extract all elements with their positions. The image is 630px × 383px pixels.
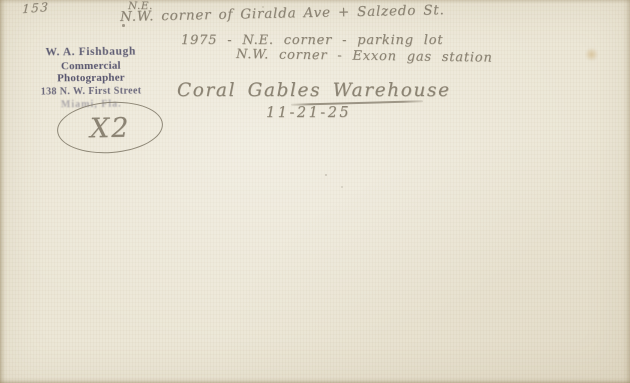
handwritten-note-gas-station: N.W. corner - Exxon gas station xyxy=(236,47,493,66)
handwritten-title: Coral Gables Warehouse xyxy=(177,80,451,101)
paper-stain xyxy=(585,47,598,62)
paper-speck xyxy=(325,174,327,176)
photographer-stamp: W. A. Fishbaugh Commercial Photographer … xyxy=(28,45,155,110)
stamp-street-address: 138 N. W. First Street xyxy=(28,85,154,97)
handwritten-date: 11-21-25 xyxy=(266,105,351,121)
handwritten-note-parking-lot: 1975 - N.E. corner - parking lot xyxy=(181,33,443,48)
quantity-note: X2 xyxy=(90,113,131,145)
stamp-photographer-name: W. A. Fishbaugh xyxy=(28,45,154,58)
photo-back-card: 153 N.E. N.W. corner of Giralda Ave + Sa… xyxy=(0,0,630,383)
catalog-number: 153 xyxy=(22,0,50,16)
paper-speck xyxy=(341,186,343,188)
stamp-occupation: Commercial Photographer xyxy=(28,59,154,84)
handwritten-location-line: N.W. corner of Giralda Ave + Salzedo St. xyxy=(120,2,445,25)
pencil-speck xyxy=(122,24,125,27)
paper-speck xyxy=(262,6,264,8)
